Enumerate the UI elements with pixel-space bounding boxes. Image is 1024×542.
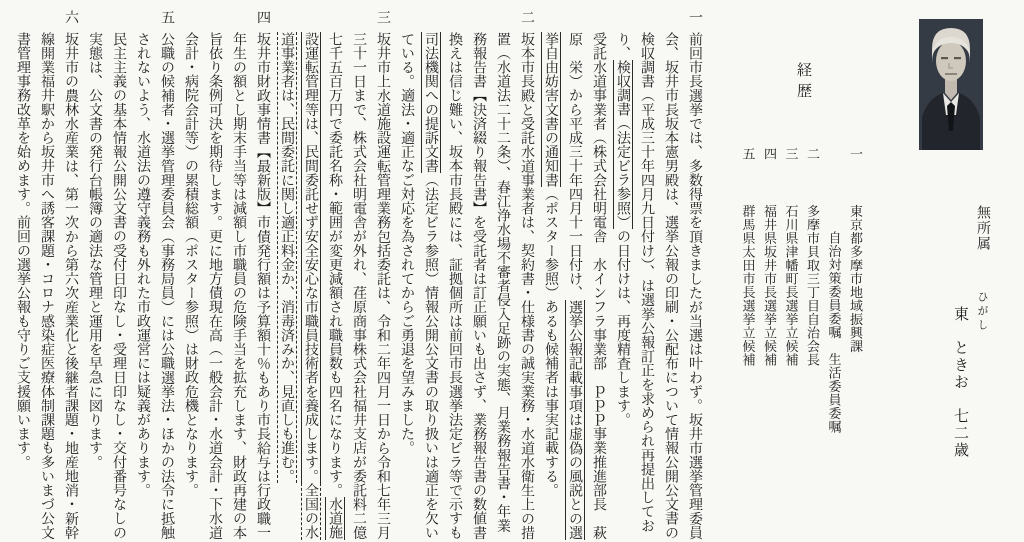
- career-item: 五群馬県太田市長選挙立候補: [737, 204, 759, 487]
- election-bulletin-page: 無所属 ひがし 東 ときお 七二歳 経歴 一東京都多摩市地域振興課 自治対策委員…: [0, 0, 1024, 542]
- candidate-photo: [919, 19, 983, 150]
- emphasized-text: 司法機関への提訴文書: [421, 32, 441, 173]
- career-item-number: 四: [762, 147, 777, 161]
- section-number: 四: [255, 10, 270, 24]
- career-item-number: 五: [741, 147, 756, 161]
- career-list: 一東京都多摩市地域振興課 自治対策委員委嘱 生活委員委嘱 二多摩市貝取三丁目自治…: [737, 147, 866, 487]
- body-section: 三坂井市上水道施設運転管理業務包括委託は、令和二年四月一日から令和七年三月三十一…: [274, 32, 394, 540]
- section-number: 六: [63, 10, 78, 24]
- career-item-number: 一: [848, 147, 863, 161]
- career-item-text: 福井県坂井市長選挙立候補: [762, 205, 777, 367]
- section-number: 一: [687, 10, 702, 24]
- body-section: 六坂井市の農林水産業は、第一次から第六次産業化と後継者課題・地産地消・新幹線開業…: [10, 32, 82, 540]
- career-item: 三石川県津幡町長選挙立候補: [780, 204, 802, 487]
- party-label: 無所属: [972, 205, 992, 252]
- name-furigana: ひがし: [974, 291, 990, 333]
- section-text: 公職の候補者・選挙管理委員会（事務局員）には公職選挙法・ほかの法令に抵触されない…: [135, 32, 174, 540]
- section-text: の日付けは、再度精査します。: [615, 229, 630, 426]
- body-section: 二坂本市長殿と受託水道事業者は、契約書・仕様書の誠実業務・水道水衛生上の措置（水…: [394, 32, 538, 540]
- section-text: 坂本市長殿と受託水道事業者は、契約書・仕様書の誠実業務・水道水衛生上の措置（水道…: [447, 32, 534, 540]
- main-text: 一前回市長選挙では、多数得票を頂きましたが当選は叶わず。坂井市選挙管理委員会、坂…: [10, 10, 706, 540]
- career-item-number: 二: [805, 147, 820, 161]
- portrait-illustration: [919, 19, 983, 150]
- section-number: 五: [159, 10, 174, 24]
- career-item-text: 群馬県太田市長選挙立候補: [741, 205, 756, 367]
- body-section: 一前回市長選挙では、多数得票を頂きましたが当選は叶わず。坂井市選挙管理委員会、坂…: [538, 32, 706, 540]
- section-text: 民主主義の基本情報公開公文書の受付日印なし・受理日印なし・交付番号なしの実態は、…: [87, 32, 126, 540]
- candidate-name: 東 ときお 七二歳: [950, 306, 971, 459]
- section-text: 坂井市財政事情書【最新版】市債発行額は予算額十％もあり市長給与は行政職一年生の額…: [183, 32, 270, 540]
- career-item-text: 東京都多摩市地域振興課: [848, 205, 863, 354]
- body-section: 五公職の候補者・選挙管理委員会（事務局員）には公職選挙法・ほかの法令に抵触されな…: [82, 32, 178, 540]
- career-item-text: 自治対策委員委嘱 生活委員委嘱: [827, 231, 842, 434]
- section-number: 二: [519, 10, 534, 24]
- section-number: 三: [375, 10, 390, 24]
- body-section: 四坂井市財政事情書【最新版】市債発行額は予算額十％もあり市長給与は行政職一年生の…: [178, 32, 274, 540]
- section-text: 坂井市上水道施設運転管理業務包括委託は、令和二年四月一日から令和七年三月三十一日…: [327, 32, 390, 540]
- career-item-text: 石川県津幡町長選挙立候補: [784, 205, 799, 367]
- section-text: （ポスター参照）あるも候補者は事実記載する。: [543, 187, 558, 497]
- career-item: 一東京都多摩市地域振興課 自治対策委員委嘱 生活委員委嘱: [823, 204, 866, 487]
- career-heading: 経歴: [793, 62, 814, 104]
- emphasized-text: 検収調書（法定ビラ参照）: [613, 60, 633, 229]
- career-item: 四福井県坂井市長選挙立候補: [759, 204, 781, 487]
- career-item: 二多摩市貝取三丁目自治会長: [802, 204, 824, 487]
- career-item-number: 三: [784, 147, 799, 161]
- career-item-text: 多摩市貝取三丁目自治会長: [805, 205, 820, 367]
- section-text: 坂井市の農林水産業は、第一次から第六次産業化と後継者課題・地産地消・新幹線開業福…: [15, 32, 78, 540]
